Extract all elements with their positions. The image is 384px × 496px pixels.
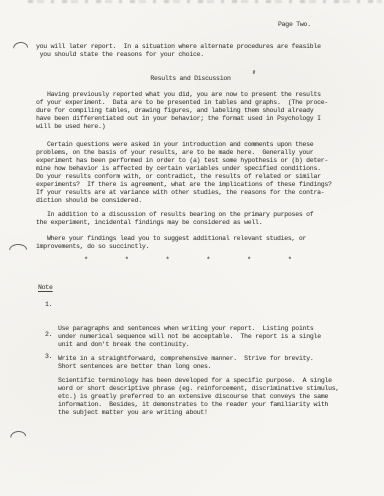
- asterisk: *: [84, 257, 88, 265]
- section-heading: Results and Discussion: [0, 75, 381, 83]
- asterisk: *: [166, 257, 170, 265]
- intro-paragraph: you will later report. In a situation wh…: [36, 43, 321, 59]
- text-line: you should state the reasons for your ch…: [36, 51, 321, 59]
- text-line: the subject matter you are writing about…: [58, 409, 339, 417]
- text-line: word or short descriptive phrase (eg. re…: [58, 385, 339, 393]
- stray-ink-mark: [253, 70, 255, 74]
- paragraph-discussion-questions: Certain questions were asked in your int…: [36, 141, 332, 205]
- clipped-top-text-fragments: [28, 0, 382, 3]
- text-line: will be used here.): [36, 123, 328, 131]
- margin-arc-mark: [9, 244, 27, 251]
- text-line: etc.) is greatly preferred to an extensi…: [58, 393, 339, 401]
- text-line: mine how behavior is affected by certain…: [36, 165, 332, 173]
- page-number: Page Two.: [278, 21, 311, 29]
- asterisk: *: [125, 257, 129, 265]
- margin-arc-mark: [13, 42, 28, 49]
- note-number: 2.: [45, 331, 52, 339]
- note-item-3: 3. Scientific terminology has been devel…: [45, 353, 339, 433]
- text-line: Certain questions were asked in your int…: [36, 141, 332, 149]
- text-line: Where your findings lead you to suggest …: [36, 235, 306, 243]
- paragraph-further-studies: Where your findings lead you to suggest …: [36, 235, 306, 251]
- margin-arc-mark: [10, 430, 26, 437]
- scanned-document-page: Page Two. you will later report. In a si…: [0, 0, 384, 496]
- text-line: the experiment, incidental findings may …: [36, 219, 313, 227]
- asterisk: *: [247, 257, 251, 265]
- text-line: diction should be considered.: [36, 197, 332, 205]
- asterisk-separator: ******: [84, 257, 292, 265]
- note-text: Scientific terminology has been develope…: [58, 377, 339, 417]
- text-line: Do your results conform with, or contrad…: [36, 173, 332, 181]
- text-line: problems, on the basis of your results, …: [36, 149, 332, 157]
- text-line: experiments? If there is agreement, what…: [36, 181, 332, 189]
- text-line: of your experiment. Data are to be prese…: [36, 99, 328, 107]
- paragraph-results-presentation: Having previously reported what you did,…: [36, 91, 328, 131]
- text-line: Scientific terminology has been develope…: [58, 377, 339, 385]
- text-line: dure for compiling tables, drawing figur…: [36, 107, 328, 115]
- text-line: Having previously reported what you did,…: [36, 91, 328, 99]
- text-line: experiment has been performed in order t…: [36, 157, 332, 165]
- text-line: you will later report. In a situation wh…: [36, 43, 321, 51]
- text-line: have been differentiated out in your beh…: [36, 115, 328, 123]
- text-line: In addition to a discussion of results b…: [36, 211, 313, 219]
- text-line: If your results are at variance with oth…: [36, 189, 332, 197]
- note-number: 1.: [45, 301, 52, 309]
- text-line: information. Besides, it demonstrates to…: [58, 401, 339, 409]
- note-number: 3.: [45, 353, 52, 361]
- asterisk: *: [206, 257, 210, 265]
- text-line: improvements, do so succinctly.: [36, 243, 306, 251]
- asterisk: *: [288, 257, 292, 265]
- paragraph-incidental-findings: In addition to a discussion of results b…: [36, 211, 313, 227]
- note-heading: Note: [38, 284, 53, 292]
